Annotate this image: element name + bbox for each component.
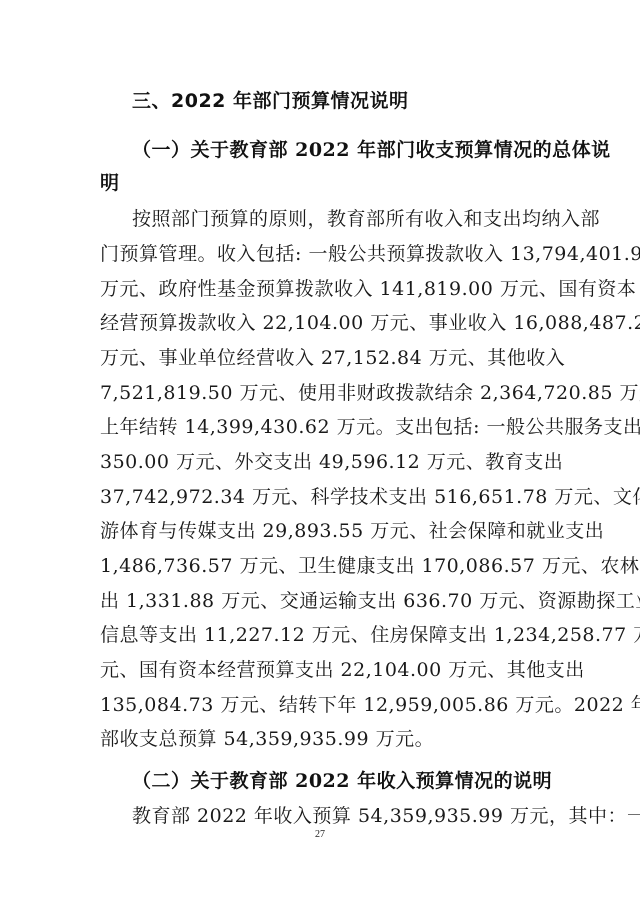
paragraph-1-line: 1,486,736.57 万元、卫生健康支出 170,086.57 万元、农林水…	[100, 553, 538, 579]
paragraph-1-line: 按照部门预算的原则，教育部所有收入和支出均纳入部	[132, 206, 538, 232]
paragraph-1-line: 游体育与传媒支出 29,893.55 万元、社会保障和就业支出	[100, 518, 538, 544]
paragraph-1-line: 经营预算拨款收入 22,104.00 万元、事业收入 16,088,487.27	[100, 310, 538, 336]
paragraph-1-line: 部收支总预算 54,359,935.99 万元。	[100, 726, 538, 752]
subsection-1-heading-line-2: 明	[100, 170, 120, 196]
paragraph-1-line: 万元、政府性基金预算拨款收入 141,819.00 万元、国有资本	[100, 276, 538, 302]
subsection-1-heading-line-1: （一）关于教育部 2022 年部门收支预算情况的总体说	[132, 137, 538, 163]
subsection-2-heading: （二）关于教育部 2022 年收入预算情况的说明	[132, 768, 552, 794]
page-number: 27	[0, 829, 640, 840]
paragraph-1-line: 7,521,819.50 万元、使用非财政拨款结余 2,364,720.85 万…	[100, 380, 538, 406]
paragraph-1-line: 上年结转 14,399,430.62 万元。支出包括: 一般公共服务支出	[100, 414, 538, 440]
paragraph-1-line: 信息等支出 11,227.12 万元、住房保障支出 1,234,258.77 万	[100, 622, 538, 648]
paragraph-1-line: 350.00 万元、外交支出 49,596.12 万元、教育支出	[100, 449, 538, 475]
paragraph-1-line: 门预算管理。收入包括: 一般公共预算拨款收入 13,794,401.91	[100, 241, 538, 267]
section-heading: 三、2022 年部门预算情况说明	[132, 88, 409, 114]
paragraph-2-line: 教育部 2022 年收入预算 54,359,935.99 万元，其中：一	[132, 803, 538, 829]
paragraph-1-line: 元、国有资本经营预算支出 22,104.00 万元、其他支出	[100, 657, 538, 683]
paragraph-1-line: 37,742,972.34 万元、科学技术支出 516,651.78 万元、文化…	[100, 484, 538, 510]
document-page: 三、2022 年部门预算情况说明 （一）关于教育部 2022 年部门收支预算情况…	[0, 0, 640, 905]
paragraph-1-line: 出 1,331.88 万元、交通运输支出 636.70 万元、资源勘探工业	[100, 588, 538, 614]
paragraph-1-line: 135,084.73 万元、结转下年 12,959,005.86 万元。2022…	[100, 692, 538, 718]
paragraph-1-line: 万元、事业单位经营收入 27,152.84 万元、其他收入	[100, 345, 538, 371]
